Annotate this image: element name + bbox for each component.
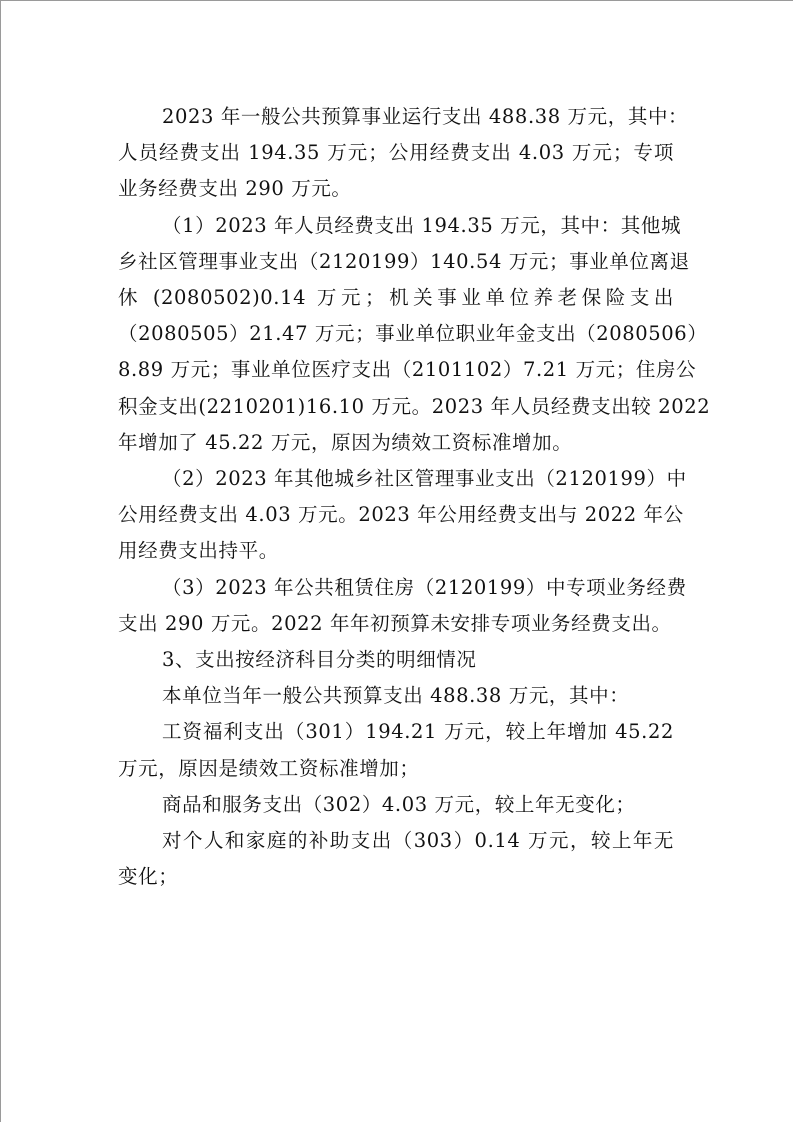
text-line: 乡社区管理事业支出（2120199）140.54 万元；事业单位离退: [118, 244, 674, 280]
paragraph-summary: 2023 年一般公共预算事业运行支出 488.38 万元，其中： 人员经费支出 …: [118, 99, 674, 208]
text-line: 8.89 万元；事业单位医疗支出（2101102）7.21 万元；住房公: [118, 352, 674, 388]
paragraph-wage-welfare: 工资福利支出（301）194.21 万元，较上年增加 45.22 万元，原因是绩…: [118, 714, 674, 786]
text-line: 公用经费支出 4.03 万元。2023 年公用经费支出与 2022 年公: [118, 497, 674, 533]
paragraph-personnel-expense: （1）2023 年人员经费支出 194.35 万元，其中：其他城 乡社区管理事业…: [118, 208, 674, 461]
text-line: 积金支出(2210201)16.10 万元。2023 年人员经费支出较 2022: [118, 389, 674, 425]
section-heading-economic-classification: 3、支出按经济科目分类的明细情况: [118, 642, 674, 678]
section-heading: 3、支出按经济科目分类的明细情况: [118, 642, 674, 678]
text-line: 用经费支出持平。: [118, 533, 674, 569]
text-line: 商品和服务支出（302）4.03 万元，较上年无变化；: [118, 787, 674, 823]
text-line: 本单位当年一般公共预算支出 488.38 万元，其中：: [118, 678, 674, 714]
text-line: （2）2023 年其他城乡社区管理事业支出（2120199）中: [118, 461, 674, 497]
text-line: （3）2023 年公共租赁住房（2120199）中专项业务经费: [118, 570, 674, 606]
text-line: 变化；: [118, 859, 674, 895]
paragraph-goods-services: 商品和服务支出（302）4.03 万元，较上年无变化；: [118, 787, 674, 823]
text-line: 对个人和家庭的补助支出（303）0.14 万元，较上年无: [118, 823, 674, 859]
paragraph-total-expense: 本单位当年一般公共预算支出 488.38 万元，其中：: [118, 678, 674, 714]
text-line: 人员经费支出 194.35 万元；公用经费支出 4.03 万元；专项: [118, 135, 674, 171]
text-line: 休 (2080502)0.14 万元；机关事业单位养老保险支出: [118, 280, 674, 316]
paragraph-special-expense: （3）2023 年公共租赁住房（2120199）中专项业务经费 支出 290 万…: [118, 570, 674, 642]
paragraph-public-expense: （2）2023 年其他城乡社区管理事业支出（2120199）中 公用经费支出 4…: [118, 461, 674, 570]
document-page: 2023 年一般公共预算事业运行支出 488.38 万元，其中： 人员经费支出 …: [118, 99, 674, 895]
text-line: 万元，原因是绩效工资标准增加；: [118, 751, 674, 787]
text-line: （2080505）21.47 万元；事业单位职业年金支出（2080506）: [118, 316, 674, 352]
text-line: 支出 290 万元。2022 年年初预算未安排专项业务经费支出。: [118, 606, 674, 642]
text-line: （1）2023 年人员经费支出 194.35 万元，其中：其他城: [118, 208, 674, 244]
paragraph-household-subsidy: 对个人和家庭的补助支出（303）0.14 万元，较上年无 变化；: [118, 823, 674, 895]
text-line: 业务经费支出 290 万元。: [118, 171, 674, 207]
text-line: 年增加了 45.22 万元，原因为绩效工资标准增加。: [118, 425, 674, 461]
text-line: 2023 年一般公共预算事业运行支出 488.38 万元，其中：: [118, 99, 674, 135]
text-line: 工资福利支出（301）194.21 万元，较上年增加 45.22: [118, 714, 674, 750]
